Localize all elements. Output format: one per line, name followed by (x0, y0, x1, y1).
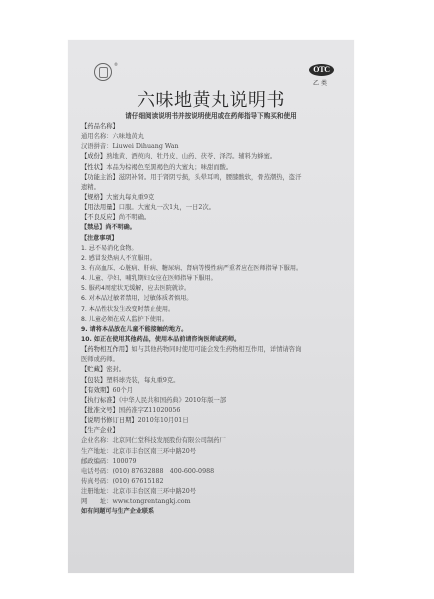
precautions-header: 【注意事项】 (81, 234, 343, 244)
packaging-label: 【包装】 (81, 377, 106, 384)
validity: 【有效期】60个月 (81, 386, 343, 396)
packaging-text: 塑料球壳装，每丸重9克。 (106, 377, 179, 384)
description-label: 【性状】 (81, 164, 106, 171)
manufacturer-phone: 电话号码：(010) 87632888 400-600-0988 (81, 467, 343, 477)
contact-note: 如有问题可与生产企业联系 (81, 507, 343, 517)
drug-name-header: 【药品名称】 (81, 122, 343, 132)
leaflet-title: 六味地黄丸说明书 (68, 86, 354, 112)
storage: 【贮藏】密封。 (81, 365, 343, 375)
indications-cont: 遗精。 (81, 183, 343, 193)
pinyin-name: 汉语拼音：Liuwei Dihuang Wan (81, 142, 343, 152)
revision-date-label: 【说明书修订日期】 (81, 417, 138, 424)
dosage-text: 口服。大蜜丸一次1丸，一日2次。 (119, 204, 215, 211)
description: 【性状】本品为棕褐色至黑褐色的大蜜丸；味甜而酸。 (81, 163, 343, 173)
adverse-reactions-label: 【不良反应】 (81, 214, 119, 221)
manufacturer-registered-address: 注册地址：北京市丰台区南三环中路20号 (81, 487, 343, 497)
approval: 【批准文号】国药准字Z11020056 (81, 406, 343, 416)
standard-label: 【执行标准】 (81, 397, 119, 404)
specification-label: 【规格】 (81, 194, 106, 201)
interactions-cont: 医师或药师。 (81, 355, 343, 365)
leaflet-subtitle: 请仔细阅读说明书并按说明使用或在药师指导下购买和使用 (68, 110, 354, 120)
precaution-item: 8. 儿童必须在成人监护下使用。 (81, 315, 343, 325)
precaution-item: 4. 儿童、孕妇、哺乳期妇女应在医师指导下服用。 (81, 274, 343, 284)
manufacturer-name: 企业名称：北京同仁堂科技发展股份有限公司制药厂 (81, 436, 343, 446)
registered-mark: ® (114, 62, 118, 67)
instruction-leaflet: ® OTC 乙类 六味地黄丸说明书 请仔细阅读说明书并按说明使用或在药师指导下购… (68, 40, 354, 573)
manufacturer-fax: 传真号码：(010) 67615182 (81, 477, 343, 487)
contraindications-label: 【禁忌】 (81, 224, 105, 231)
specification: 【规格】大蜜丸每丸重9克 (81, 193, 343, 203)
description-text: 本品为棕褐色至黑褐色的大蜜丸；味甜而酸。 (106, 164, 232, 171)
precaution-item: 10. 如正在使用其他药品，使用本品前请咨询医师或药师。 (81, 335, 343, 345)
precaution-item: 9. 请将本品放在儿童不能接触的地方。 (81, 325, 343, 335)
precaution-item: 3. 有高血压、心脏病、肝病、糖尿病、肾病等慢性病严重者应在医师指导下服用。 (81, 264, 343, 274)
indications-text: 滋阴补肾。用于肾阴亏损，头晕耳鸣，腰膝酸软，骨蒸潮热，盗汗 (119, 174, 302, 181)
validity-label: 【有效期】 (81, 387, 112, 394)
tongrentang-logo-icon (94, 63, 112, 81)
precaution-item: 1. 忌不易消化食物。 (81, 244, 343, 254)
storage-text: 密封。 (106, 366, 125, 373)
precaution-item: 5. 服药4周症状无缓解，应去医院就诊。 (81, 284, 343, 294)
dosage-label: 【用法用量】 (81, 204, 119, 211)
revision-date-text: 2010年10月01日 (138, 417, 189, 424)
adverse-reactions: 【不良反应】尚不明确。 (81, 213, 343, 223)
manufacturer-header: 【生产企业】 (81, 426, 343, 436)
manufacturer-website: 网 址：www.tongrentangkj.com (81, 497, 343, 507)
ingredients-text: 熟地黄、酒萸肉、牡丹皮、山药、茯苓、泽泻。辅料为蜂蜜。 (106, 153, 276, 160)
leaflet-body: 【药品名称】 通用名称：六味地黄丸 汉语拼音：Liuwei Dihuang Wa… (81, 122, 343, 517)
interactions-text: 如与其他药物同时使用可能会发生药物相互作用，详情请咨询 (131, 346, 301, 353)
indications: 【功能主治】滋阴补肾。用于肾阴亏损，头晕耳鸣，腰膝酸软，骨蒸潮热，盗汗 (81, 173, 343, 183)
generic-name: 通用名称：六味地黄丸 (81, 132, 343, 142)
ingredients: 【成份】熟地黄、酒萸肉、牡丹皮、山药、茯苓、泽泻。辅料为蜂蜜。 (81, 152, 343, 162)
precaution-item: 7. 本品性状发生改变时禁止使用。 (81, 305, 343, 315)
ingredients-label: 【成份】 (81, 153, 106, 160)
revision-date: 【说明书修订日期】2010年10月01日 (81, 416, 343, 426)
specification-text: 大蜜丸每丸重9克 (106, 194, 154, 201)
approval-text: 国药准字Z11020056 (119, 407, 181, 414)
precaution-item: 2. 感冒发热病人不宜服用。 (81, 254, 343, 264)
contraindications: 【禁忌】尚不明确。 (81, 223, 343, 233)
manufacturer-postcode: 邮政编码：100079 (81, 457, 343, 467)
packaging: 【包装】塑料球壳装，每丸重9克。 (81, 376, 343, 386)
adverse-reactions-text: 尚不明确。 (119, 214, 150, 221)
dosage: 【用法用量】口服。大蜜丸一次1丸，一日2次。 (81, 203, 343, 213)
storage-label: 【贮藏】 (81, 366, 106, 373)
indications-label: 【功能主治】 (81, 174, 119, 181)
manufacturer-address: 生产地址：北京市丰台区南三环中路20号 (81, 447, 343, 457)
validity-text: 60个月 (112, 387, 133, 394)
contraindications-text: 尚不明确。 (105, 224, 135, 231)
interactions-label: 【药物相互作用】 (81, 346, 131, 353)
standard-text: 《中华人民共和国药典》2010年版一部 (119, 397, 226, 404)
standard: 【执行标准】《中华人民共和国药典》2010年版一部 (81, 396, 343, 406)
precaution-item: 6. 对本品过敏者禁用，过敏体质者慎用。 (81, 294, 343, 304)
interactions: 【药物相互作用】如与其他药物同时使用可能会发生药物相互作用，详情请咨询 (81, 345, 343, 355)
otc-badge: OTC (309, 64, 334, 76)
approval-label: 【批准文号】 (81, 407, 119, 414)
